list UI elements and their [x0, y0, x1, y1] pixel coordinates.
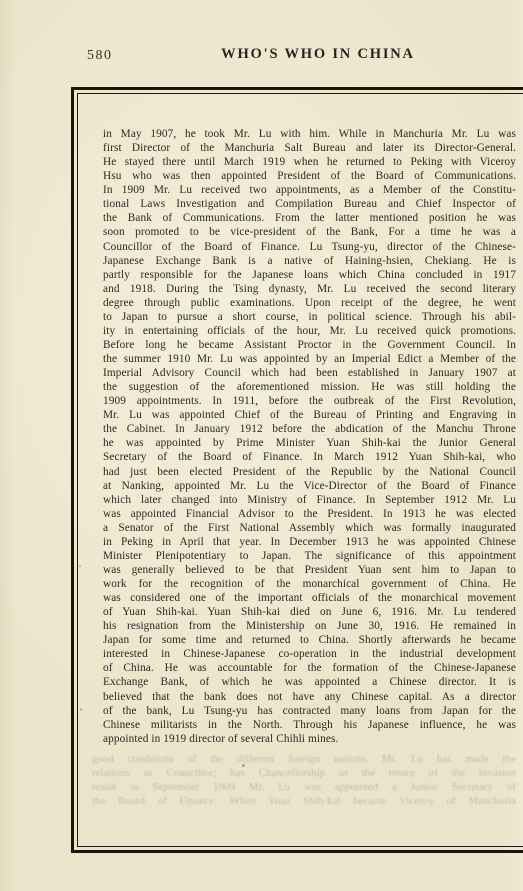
ink-speck	[80, 708, 82, 711]
text-line: of Yuan Shih-kai. Yuan Shih-kai died on …	[103, 605, 516, 619]
text-line: partly responsible for the Japanese loan…	[103, 268, 516, 282]
text-line: the Bank of Communications. From the lat…	[103, 211, 516, 225]
text-line: Japan for some time and returned to Chin…	[103, 633, 516, 647]
text-line: first Director of the Manchuria Salt Bur…	[103, 141, 516, 155]
bleedthrough-text: good conditions of the different foreign…	[92, 752, 516, 808]
text-line: Mr. Lu was appointed Chief of the Bureau…	[103, 408, 516, 422]
text-line: was generally believed to be that Presid…	[103, 563, 516, 577]
text-line: Hsu who was then appointed President of …	[103, 169, 516, 183]
text-line: the Cabinet. In January 1912 before the …	[103, 422, 516, 436]
text-line: in Peking in April that year. In Decembe…	[103, 535, 516, 549]
text-line: of the bank, Lu Tsung-yu has contracted …	[103, 704, 516, 718]
article-text: in May 1907, he took Mr. Lu with him. Wh…	[103, 127, 516, 746]
bleedthrough-line: good conditions of the different foreign…	[92, 752, 516, 766]
text-line: In 1909 Mr. Lu received two appointments…	[103, 183, 516, 197]
text-line: Minister Plenipotentiary to Japan. The s…	[103, 549, 516, 563]
text-line: 1909 appointments. In 1911, before the o…	[103, 394, 516, 408]
text-line: believed that the bank does not have any…	[103, 690, 516, 704]
text-line: Councillor of the Board of Finance. Lu T…	[103, 240, 516, 254]
text-line: at Nanking, appointed Mr. Lu the Vice-Di…	[103, 479, 516, 493]
text-line: appointed in 1919 director of several Ch…	[103, 732, 516, 746]
ink-speck	[79, 565, 81, 567]
text-line: which later changed into Ministry of Fin…	[103, 493, 516, 507]
text-line: Exchange Bank, of which he was appointed…	[103, 675, 516, 689]
text-line: Imperial Advisory Council which had been…	[103, 366, 516, 380]
text-line: ity in entertaining officials of the hou…	[103, 324, 516, 338]
page-number: 580	[87, 48, 113, 64]
text-line: Secretary of the Board of Finance. In Ma…	[103, 450, 516, 464]
bleedthrough-line: the Board of Finance. When Yuan Shih-kai…	[92, 794, 516, 808]
text-line: Chinese militarists in the North. Throug…	[103, 718, 516, 732]
bleedthrough-line: result in September 1909 Mr. Lu was appo…	[92, 780, 516, 794]
text-line: the suggestion of the aforementioned mis…	[103, 380, 516, 394]
text-line: Before long he became Assistant Proctor …	[103, 338, 516, 352]
text-line: was considered one of the important offi…	[103, 591, 516, 605]
text-line: and 1918. During the Tsing dynasty, Mr. …	[103, 282, 516, 296]
text-line: was appointed Financial Advisor to the P…	[103, 507, 516, 521]
text-line: soon promoted to be vice-president of th…	[103, 225, 516, 239]
text-line: a Senator of the First National Assembly…	[103, 521, 516, 535]
text-line: Japanese Exchange Bank is a native of Ha…	[103, 254, 516, 268]
text-line: he was appointed by Prime Minister Yuan …	[103, 436, 516, 450]
text-line: interested in Chinese-Japanese co-operat…	[103, 647, 516, 661]
scanned-page-background: 580 WHO'S WHO IN CHINA in May 1907, he t…	[0, 0, 523, 891]
text-line: his resignation from the Ministership on…	[103, 619, 516, 633]
text-line: tional Laws Investigation and Compilatio…	[103, 197, 516, 211]
text-line: the summer 1910 Mr. Lu was appointed by …	[103, 352, 516, 366]
text-line: in May 1907, he took Mr. Lu with him. Wh…	[103, 127, 516, 141]
ink-speck	[242, 764, 245, 767]
text-line: had just been elected President of the R…	[103, 465, 516, 479]
text-line: to Japan to pursue a short course, in po…	[103, 310, 516, 324]
text-line: He stayed there until March 1919 when he…	[103, 155, 516, 169]
bleedthrough-line: relations as Councillor; has Chancellors…	[92, 766, 516, 780]
page-title: WHO'S WHO IN CHINA	[200, 46, 436, 63]
text-line: of China. He was accountable for the for…	[103, 661, 516, 675]
text-line: degree through public examinations. Upon…	[103, 296, 516, 310]
text-line: work for the recognition of the monarchi…	[103, 577, 516, 591]
